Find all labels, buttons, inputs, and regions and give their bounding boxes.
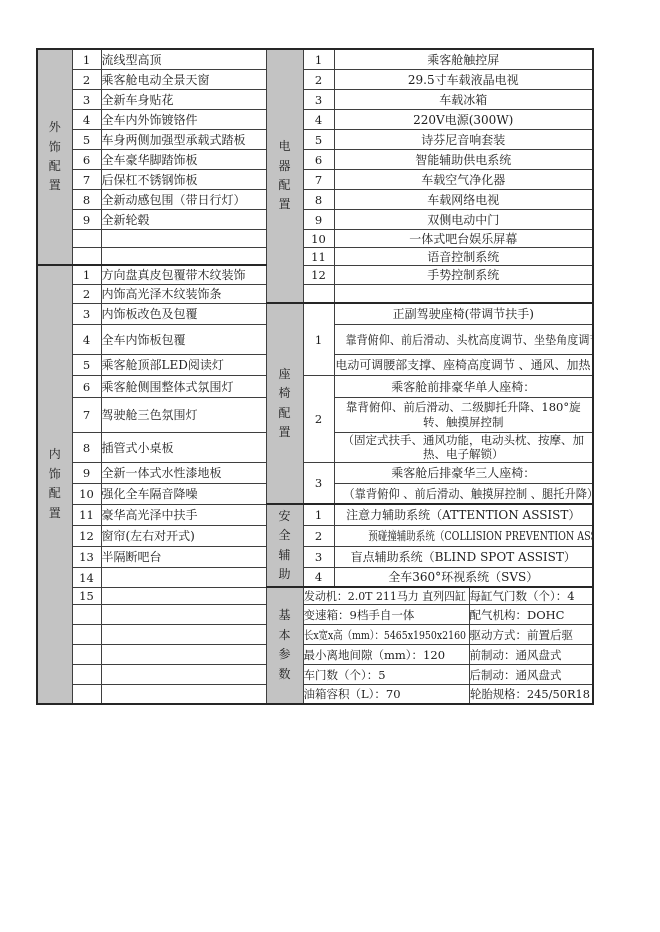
cell-text: 乘客舱顶部LED阅读灯: [102, 356, 224, 373]
cell-text: 内饰高光泽木纹装饰条: [102, 285, 222, 302]
row-number: 15: [72, 587, 101, 605]
cell-text: 车载冰箱: [439, 91, 487, 108]
row-number: 9: [303, 209, 334, 229]
feature-item: 全车内外饰镀铬件: [101, 109, 266, 129]
table-row: 9全新一体式水性漆地板3乘客舱后排豪华三人座椅：: [37, 462, 593, 483]
table-row: 变速箱：9档手自一体配气机构：DOHC: [37, 605, 593, 625]
cell-text: 配气机构：DOHC: [470, 607, 565, 623]
feature-item: 盲点辅助系统（BLIND SPOT ASSIST）: [334, 546, 593, 567]
cell-text: 后制动：通风盘式: [470, 667, 562, 683]
cell-text: 乘客舱后排豪华三人座椅：: [391, 464, 535, 481]
section-label-interior-config: 内饰配置: [37, 265, 72, 704]
section-label-text: 安全辅助: [279, 507, 291, 585]
table-row: 车门数（个）：5后制动：通风盘式: [37, 665, 593, 685]
cell-text: 靠背俯仰、前后滑动、头枕高度调节、坐垫角度调节: [345, 331, 593, 348]
table-row: 10一体式吧台娱乐屏幕: [37, 229, 593, 247]
seat-feature-item: 乘客舱前排豪华单人座椅：: [334, 375, 593, 397]
seat-feature-item: 靠背俯仰、前后滑动、二级脚托升降、180°旋转、触摸屏控制: [334, 397, 593, 432]
cell-text: 流线型高顶: [102, 51, 162, 68]
cell-text: 每缸气门数（个）：4: [470, 588, 575, 604]
row-number: 4: [72, 324, 101, 354]
cell-text: （靠背俯仰 、前后滑动、触摸屏控制 、腿托升降）: [343, 485, 593, 502]
table-row: 11语音控制系统: [37, 247, 593, 265]
row-number: 14: [72, 567, 101, 587]
feature-item: 插管式小桌板: [101, 432, 266, 462]
spec-item: 每缸气门数（个）：4: [469, 587, 593, 605]
row-number: 6: [72, 375, 101, 397]
row-number: [72, 229, 101, 247]
row-number: 2: [303, 525, 334, 546]
spec-item: 轮胎规格：245/50R18: [469, 685, 593, 704]
spec-item: 最小离地间隙（mm）：120: [303, 645, 469, 665]
row-number: 12: [72, 525, 101, 546]
cell-text: 7: [315, 173, 322, 187]
feature-item: 预碰撞辅助系统（COLLISION PREVENTION ASSIST）: [334, 525, 593, 546]
cell-text: 电动可调腰部支撑、座椅高度调节 、通风、加热: [336, 356, 591, 373]
cell-text: 方向盘真皮包覆带木纹装饰: [102, 266, 246, 283]
table-row: 2乘客舱电动全景天窗229.5寸车载液晶电视: [37, 69, 593, 89]
feature-item: 窗帘(左右对开式): [101, 525, 266, 546]
feature-item: 乘客舱顶部LED阅读灯: [101, 354, 266, 375]
feature-item: 全新轮毂: [101, 209, 266, 229]
table-row: 外饰配置1流线型高顶电器配置1乘客舱触控屏: [37, 49, 593, 69]
cell-text: 全车内外饰镀铬件: [102, 111, 198, 128]
cell-text: 正副驾驶座椅(带调节扶手): [393, 305, 534, 322]
seat-feature-item: （固定式扶手、通风功能，电动头枕、按摩、加热、电子解锁）: [334, 432, 593, 462]
cell-text: 8: [83, 441, 90, 455]
feature-item: 语音控制系统: [334, 247, 593, 265]
feature-item: 全车360°环视系统（SVS）: [334, 567, 593, 587]
cell-text: 全车豪华脚踏饰板: [102, 151, 198, 168]
row-number: 7: [303, 169, 334, 189]
table-row: 6全车豪华脚踏饰板6智能辅助供电系统: [37, 149, 593, 169]
table-row: 3内饰板改色及包覆座椅配置1正副驾驶座椅(带调节扶手): [37, 303, 593, 324]
cell-text: 220V电源(300W): [413, 111, 513, 128]
cell-text: 11: [79, 508, 94, 522]
feature-item: 全车内饰板包覆: [101, 324, 266, 354]
section-label-basic-params: 基本参数: [266, 587, 303, 704]
cell-text: 强化全车隔音降噪: [102, 485, 198, 502]
feature-item: 双侧电动中门: [334, 209, 593, 229]
feature-item: 诗芬尼音响套装: [334, 129, 593, 149]
section-label-text: 内饰配置: [49, 445, 61, 523]
cell-text: 5: [83, 133, 90, 147]
cell-text: 10: [311, 232, 326, 246]
feature-item: 全新车身贴花: [101, 89, 266, 109]
feature-item: 一体式吧台娱乐屏幕: [334, 229, 593, 247]
vehicle-config-table-grid: 外饰配置1流线型高顶电器配置1乘客舱触控屏2乘客舱电动全景天窗229.5寸车载液…: [36, 48, 594, 705]
seat-feature-item: 电动可调腰部支撑、座椅高度调节 、通风、加热: [334, 354, 593, 375]
cell-text: 9: [315, 213, 322, 227]
cell-text: 变速箱：9档手自一体: [304, 607, 415, 623]
cell-text: 车载网络电视: [427, 191, 499, 208]
feature-item: 后保杠不锈钢饰板: [101, 169, 266, 189]
cell-text: 12: [79, 529, 94, 543]
cell-text: 油箱容积（L）：70: [304, 686, 401, 702]
cell-text: 全新一体式水性漆地板: [102, 464, 222, 481]
cell-text: 1: [315, 53, 322, 67]
cell-text: 2: [83, 287, 90, 301]
row-number: 11: [72, 504, 101, 525]
cell-text: 盲点辅助系统（BLIND SPOT ASSIST）: [351, 548, 576, 565]
row-number: 13: [72, 546, 101, 567]
feature-item: 220V电源(300W): [334, 109, 593, 129]
row-number: 6: [303, 149, 334, 169]
feature-item: 内饰高光泽木纹装饰条: [101, 284, 266, 303]
cell-text: 15: [79, 589, 94, 603]
cell-text: 2: [315, 529, 322, 543]
cell-text: 3: [83, 307, 90, 321]
feature-item: 驾驶舱三色氛围灯: [101, 397, 266, 432]
cell-text: 6: [83, 380, 90, 394]
table-row: 6乘客舱侧围整体式氛围灯2乘客舱前排豪华单人座椅：: [37, 375, 593, 397]
cell-text: 乘客舱前排豪华单人座椅：: [391, 378, 535, 395]
cell-text: 11: [311, 250, 326, 264]
cell-text: 1: [315, 508, 322, 522]
cell-text: 1: [83, 53, 90, 67]
row-number: 10: [303, 229, 334, 247]
vehicle-config-table: 外饰配置1流线型高顶电器配置1乘客舱触控屏2乘客舱电动全景天窗229.5寸车载液…: [36, 48, 594, 705]
row-number: 7: [72, 397, 101, 432]
feature-item: [101, 567, 266, 587]
cell-text: 6: [315, 153, 322, 167]
feature-item: 车身两侧加强型承载式踏板: [101, 129, 266, 149]
table-row: 7后保杠不锈钢饰板7车载空气净化器: [37, 169, 593, 189]
table-row: 9全新轮毂9双侧电动中门: [37, 209, 593, 229]
cell-text: 全车360°环视系统（SVS）: [388, 568, 538, 585]
cell-text: 9: [83, 213, 90, 227]
cell-text: 14: [79, 571, 94, 585]
cell-text: 4: [83, 113, 90, 127]
cell-text: 12: [311, 268, 326, 282]
row-number: 12: [303, 265, 334, 284]
cell-text: 驾驶舱三色氛围灯: [102, 406, 198, 423]
row-number: 5: [303, 129, 334, 149]
row-number: 9: [72, 209, 101, 229]
table-row: 144全车360°环视系统（SVS）: [37, 567, 593, 587]
row-number: 9: [72, 462, 101, 483]
cell-text: 2: [83, 73, 90, 87]
table-row: 油箱容积（L）：70轮胎规格：245/50R18: [37, 685, 593, 704]
cell-text: 乘客舱触控屏: [427, 51, 499, 68]
table-row: 15基本参数发动机：2.0T 211马力 直列四缸每缸气门数（个）：4: [37, 587, 593, 605]
feature-item: 强化全车隔音降噪: [101, 483, 266, 504]
table-row: 3全新车身贴花3车载冰箱: [37, 89, 593, 109]
cell-text: 29.5寸车载液晶电视: [408, 71, 519, 88]
cell-text: 4: [83, 333, 90, 347]
cell-text: 6: [83, 153, 90, 167]
cell-text: 发动机：2.0T 211马力 直列四缸: [304, 588, 466, 604]
cell-text: 全新车身贴花: [102, 91, 174, 108]
cell-text: 3: [315, 550, 322, 564]
cell-text: 7: [83, 408, 90, 422]
row-number: 4: [303, 109, 334, 129]
feature-item: [101, 645, 266, 665]
cell-text: 4: [315, 113, 322, 127]
cell-text: 后保杠不锈钢饰板: [102, 171, 198, 188]
seat-feature-item: 乘客舱后排豪华三人座椅：: [334, 462, 593, 483]
row-number: 2: [303, 375, 334, 462]
row-number: 10: [72, 483, 101, 504]
spec-item: 后制动：通风盘式: [469, 665, 593, 685]
row-number: 5: [72, 129, 101, 149]
cell-text: 窗帘(左右对开式): [102, 527, 195, 544]
row-number: [72, 625, 101, 645]
cell-text: 插管式小桌板: [102, 439, 174, 456]
table-row: 8全新动感包围（带日行灯）8车载网络电视: [37, 189, 593, 209]
cell-text: 5: [315, 133, 322, 147]
row-number: 3: [72, 303, 101, 324]
cell-text: 1: [315, 333, 322, 347]
row-number: 2: [72, 284, 101, 303]
section-label-text: 基本参数: [279, 606, 291, 684]
feature-item: [334, 284, 593, 303]
spec-item: 发动机：2.0T 211马力 直列四缸: [303, 587, 469, 605]
feature-item: [101, 665, 266, 685]
spec-item: 变速箱：9档手自一体: [303, 605, 469, 625]
cell-text: 3: [315, 93, 322, 107]
seat-feature-item: （靠背俯仰 、前后滑动、触摸屏控制 、腿托升降）: [334, 483, 593, 504]
feature-item: 手势控制系统: [334, 265, 593, 284]
row-number: 4: [72, 109, 101, 129]
feature-item: 全新一体式水性漆地板: [101, 462, 266, 483]
cell-text: 8: [83, 193, 90, 207]
cell-text: 一体式吧台娱乐屏幕: [409, 230, 517, 247]
seat-feature-item: 正副驾驶座椅(带调节扶手): [334, 303, 593, 324]
table-row: 13半隔断吧台3盲点辅助系统（BLIND SPOT ASSIST）: [37, 546, 593, 567]
feature-item: 内饰板改色及包覆: [101, 303, 266, 324]
row-number: 5: [72, 354, 101, 375]
cell-text: 10: [79, 487, 94, 501]
table-row: 2内饰高光泽木纹装饰条: [37, 284, 593, 303]
cell-text: 乘客舱电动全景天窗: [102, 71, 210, 88]
cell-text: 2: [315, 412, 322, 426]
table-row: 12窗帘(左右对开式)2预碰撞辅助系统（COLLISION PREVENTION…: [37, 525, 593, 546]
row-number: 8: [72, 432, 101, 462]
table-row: 长x宽x高（mm）：5465x1950x2160驱动方式：前置后驱: [37, 625, 593, 645]
cell-text: 长x宽x高（mm）：5465x1950x2160: [304, 627, 466, 643]
row-number: 4: [303, 567, 334, 587]
feature-item: 方向盘真皮包覆带木纹装饰: [101, 265, 266, 284]
spec-item: 驱动方式：前置后驱: [469, 625, 593, 645]
cell-text: 内饰板改色及包覆: [102, 305, 198, 322]
feature-item: 乘客舱触控屏: [334, 49, 593, 69]
section-label-seat-config: 座椅配置: [266, 303, 303, 504]
feature-item: 车载空气净化器: [334, 169, 593, 189]
spec-item: 前制动：通风盘式: [469, 645, 593, 665]
cell-text: 7: [83, 173, 90, 187]
cell-text: 5: [83, 358, 90, 372]
row-number: [72, 645, 101, 665]
cell-text: 最小离地间隙（mm）：120: [304, 647, 446, 663]
row-number: [72, 685, 101, 704]
cell-text: 8: [315, 193, 322, 207]
feature-item: [101, 625, 266, 645]
feature-item: 全车豪华脚踏饰板: [101, 149, 266, 169]
cell-text: 驱动方式：前置后驱: [470, 627, 574, 643]
cell-text: 手势控制系统: [427, 266, 499, 283]
spec-item: 油箱容积（L）：70: [303, 685, 469, 704]
row-number: [72, 665, 101, 685]
document-page: 外饰配置1流线型高顶电器配置1乘客舱触控屏2乘客舱电动全景天窗229.5寸车载液…: [0, 0, 660, 932]
cell-text: 语音控制系统: [427, 248, 499, 265]
feature-item: 注意力辅助系统（ATTENTION ASSIST）: [334, 504, 593, 525]
feature-item: [101, 587, 266, 605]
cell-text: 3: [83, 93, 90, 107]
cell-text: 诗芬尼音响套装: [421, 131, 505, 148]
cell-text: 4: [315, 570, 322, 584]
cell-text: 注意力辅助系统（ATTENTION ASSIST）: [346, 506, 580, 523]
cell-text: 前制动：通风盘式: [470, 647, 562, 663]
table-row: 11豪华高光泽中扶手安全辅助1注意力辅助系统（ATTENTION ASSIST）: [37, 504, 593, 525]
cell-text: 3: [315, 476, 322, 490]
cell-text: 豪华高光泽中扶手: [102, 506, 198, 523]
table-row: 4全车内外饰镀铬件4220V电源(300W): [37, 109, 593, 129]
row-number: 1: [303, 504, 334, 525]
row-number: 6: [72, 149, 101, 169]
cell-text: 9: [83, 466, 90, 480]
cell-text: 全车内饰板包覆: [102, 331, 186, 348]
feature-item: [101, 685, 266, 704]
row-number: [72, 605, 101, 625]
feature-item: [101, 605, 266, 625]
table-row: 内饰配置1方向盘真皮包覆带木纹装饰12手势控制系统: [37, 265, 593, 284]
row-number: 3: [303, 89, 334, 109]
cell-text: 车门数（个）：5: [304, 667, 386, 683]
row-number: 8: [72, 189, 101, 209]
row-number: 3: [303, 546, 334, 567]
row-number: 3: [303, 462, 334, 504]
feature-item: 车载冰箱: [334, 89, 593, 109]
row-number: 2: [72, 69, 101, 89]
cell-text: 1: [83, 268, 90, 282]
feature-item: 乘客舱电动全景天窗: [101, 69, 266, 89]
section-label-safety-assist: 安全辅助: [266, 504, 303, 587]
cell-text: 车载空气净化器: [421, 171, 505, 188]
spec-item: 车门数（个）：5: [303, 665, 469, 685]
row-number: [303, 284, 334, 303]
section-label-text: 电器配置: [279, 137, 291, 215]
row-number: 1: [72, 265, 101, 284]
spec-item: 长x宽x高（mm）：5465x1950x2160: [303, 625, 469, 645]
row-number: 8: [303, 189, 334, 209]
cell-text: 半隔断吧台: [102, 548, 162, 565]
feature-item: [101, 229, 266, 247]
feature-item: 豪华高光泽中扶手: [101, 504, 266, 525]
row-number: 3: [72, 89, 101, 109]
table-row: 5车身两侧加强型承载式踏板5诗芬尼音响套装: [37, 129, 593, 149]
feature-item: 流线型高顶: [101, 49, 266, 69]
row-number: 1: [303, 49, 334, 69]
section-label-text: 外饰配置: [49, 118, 61, 196]
section-label-text: 座椅配置: [279, 365, 291, 443]
cell-text: 乘客舱侧围整体式氛围灯: [102, 378, 234, 395]
feature-item: 乘客舱侧围整体式氛围灯: [101, 375, 266, 397]
cell-text: 预碰撞辅助系统（COLLISION PREVENTION ASSIST）: [368, 527, 593, 544]
row-number: 2: [303, 69, 334, 89]
section-label-exterior-config: 外饰配置: [37, 49, 72, 265]
feature-item: 智能辅助供电系统: [334, 149, 593, 169]
feature-item: 车载网络电视: [334, 189, 593, 209]
cell-text: 智能辅助供电系统: [415, 151, 511, 168]
row-number: 7: [72, 169, 101, 189]
row-number: 11: [303, 247, 334, 265]
cell-text: 全新动感包围（带日行灯）: [102, 191, 246, 208]
row-number: 1: [72, 49, 101, 69]
cell-text: 车身两侧加强型承载式踏板: [102, 131, 246, 148]
section-label-electrical-config: 电器配置: [266, 49, 303, 303]
cell-text: 2: [315, 73, 322, 87]
cell-text: 全新轮毂: [102, 211, 150, 228]
seat-feature-item: 靠背俯仰、前后滑动、头枕高度调节、坐垫角度调节: [334, 324, 593, 354]
cell-text: 双侧电动中门: [427, 211, 499, 228]
feature-item: [101, 247, 266, 265]
cell-text: 13: [79, 550, 94, 564]
feature-item: 29.5寸车载液晶电视: [334, 69, 593, 89]
row-number: 1: [303, 303, 334, 375]
table-row: 最小离地间隙（mm）：120前制动：通风盘式: [37, 645, 593, 665]
cell-text: 轮胎规格：245/50R18: [470, 686, 590, 702]
row-number: [72, 247, 101, 265]
feature-item: 半隔断吧台: [101, 546, 266, 567]
feature-item: 全新动感包围（带日行灯）: [101, 189, 266, 209]
spec-item: 配气机构：DOHC: [469, 605, 593, 625]
